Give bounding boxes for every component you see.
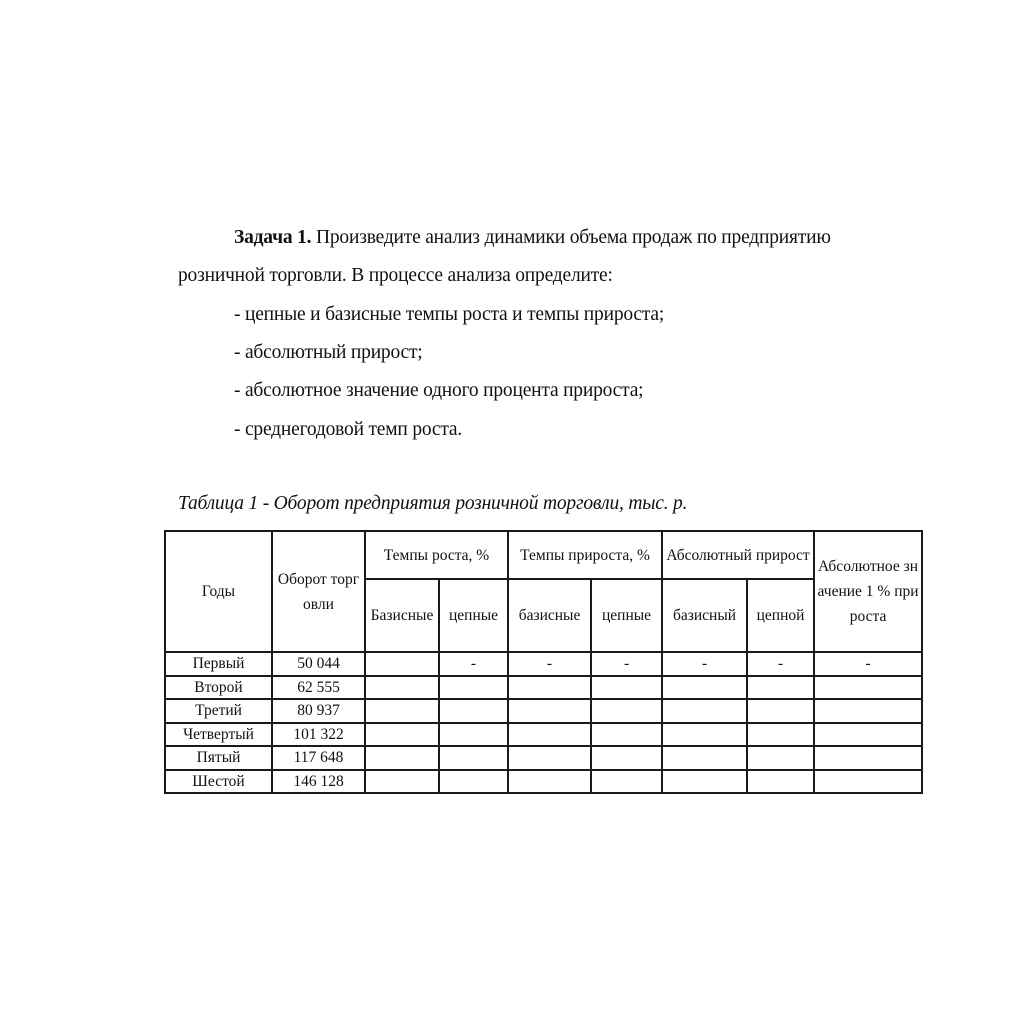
cell-growth-basic <box>365 723 439 747</box>
cell-growth-basic <box>365 699 439 723</box>
cell-increase-basic: - <box>508 652 591 676</box>
cell-year: Первый <box>165 652 272 676</box>
cell-abs-basic <box>662 770 747 794</box>
cell-growth-chain: - <box>439 652 508 676</box>
cell-growth-chain <box>439 746 508 770</box>
task-paragraph-line-1: Задача 1. Произведите анализ динамики об… <box>234 227 831 249</box>
cell-increase-chain: - <box>591 652 662 676</box>
cell-increase-chain <box>591 676 662 700</box>
header-increase-chain: цепные <box>591 579 662 652</box>
header-increase-rate: Темпы прироста, % <box>508 531 662 579</box>
cell-abs-chain: - <box>747 652 814 676</box>
cell-growth-chain <box>439 676 508 700</box>
header-growth-basic: Базисные <box>365 579 439 652</box>
cell-abs-basic <box>662 723 747 747</box>
header-growth-rate: Темпы роста, % <box>365 531 508 579</box>
cell-growth-chain <box>439 723 508 747</box>
header-absolute-increase: Абсолютный прирост <box>662 531 814 579</box>
cell-increase-basic <box>508 723 591 747</box>
table-row: Первый50 044------ <box>165 652 922 676</box>
table-row: Пятый117 648 <box>165 746 922 770</box>
document-page: Задача 1. Произведите анализ динамики об… <box>0 0 1024 1024</box>
header-abs-value-1pct: Абсолютное значение 1 % прироста <box>814 531 922 652</box>
cell-increase-chain <box>591 746 662 770</box>
turnover-table: Годы Оборот торговли Темпы роста, % Темп… <box>164 530 923 794</box>
cell-growth-chain <box>439 699 508 723</box>
cell-increase-chain <box>591 699 662 723</box>
cell-abs-chain <box>747 676 814 700</box>
task-label: Задача 1. <box>234 227 311 248</box>
header-growth-chain: цепные <box>439 579 508 652</box>
cell-growth-basic <box>365 652 439 676</box>
cell-increase-basic <box>508 746 591 770</box>
cell-turnover: 146 128 <box>272 770 365 794</box>
cell-abs-basic <box>662 699 747 723</box>
cell-year: Третий <box>165 699 272 723</box>
task-item: - среднегодовой темп роста. <box>234 419 462 441</box>
task-item: - абсолютное значение одного процента пр… <box>234 380 643 402</box>
cell-turnover: 62 555 <box>272 676 365 700</box>
cell-growth-basic <box>365 770 439 794</box>
cell-abs-1pct <box>814 676 922 700</box>
header-years: Годы <box>165 531 272 652</box>
cell-increase-basic <box>508 770 591 794</box>
task-item: - цепные и базисные темпы роста и темпы … <box>234 304 664 326</box>
cell-turnover: 117 648 <box>272 746 365 770</box>
task-item: - абсолютный прирост; <box>234 342 423 364</box>
table-row: Второй62 555 <box>165 676 922 700</box>
cell-abs-chain <box>747 770 814 794</box>
cell-abs-chain <box>747 699 814 723</box>
cell-abs-1pct: - <box>814 652 922 676</box>
cell-abs-basic <box>662 746 747 770</box>
cell-increase-chain <box>591 770 662 794</box>
header-abs-chain: цепной <box>747 579 814 652</box>
table-caption: Таблица 1 - Оборот предприятия розничной… <box>178 493 687 515</box>
cell-abs-1pct <box>814 770 922 794</box>
cell-growth-basic <box>365 676 439 700</box>
cell-increase-basic <box>508 676 591 700</box>
cell-abs-1pct <box>814 723 922 747</box>
cell-turnover: 101 322 <box>272 723 365 747</box>
cell-abs-1pct <box>814 746 922 770</box>
header-abs-basic: базисный <box>662 579 747 652</box>
cell-turnover: 80 937 <box>272 699 365 723</box>
header-row-1: Годы Оборот торговли Темпы роста, % Темп… <box>165 531 922 579</box>
header-increase-basic: базисные <box>508 579 591 652</box>
cell-increase-chain <box>591 723 662 747</box>
cell-year: Пятый <box>165 746 272 770</box>
cell-year: Второй <box>165 676 272 700</box>
cell-abs-basic <box>662 676 747 700</box>
cell-growth-chain <box>439 770 508 794</box>
cell-growth-basic <box>365 746 439 770</box>
table-row: Третий80 937 <box>165 699 922 723</box>
task-text: Произведите анализ динамики объема прода… <box>311 227 830 248</box>
table-row: Четвертый101 322 <box>165 723 922 747</box>
cell-abs-basic: - <box>662 652 747 676</box>
cell-year: Четвертый <box>165 723 272 747</box>
cell-abs-chain <box>747 723 814 747</box>
header-turnover: Оборот торговли <box>272 531 365 652</box>
cell-year: Шестой <box>165 770 272 794</box>
cell-abs-1pct <box>814 699 922 723</box>
cell-increase-basic <box>508 699 591 723</box>
cell-turnover: 50 044 <box>272 652 365 676</box>
cell-abs-chain <box>747 746 814 770</box>
task-paragraph-line-2: розничной торговли. В процессе анализа о… <box>178 265 613 287</box>
table-row: Шестой146 128 <box>165 770 922 794</box>
